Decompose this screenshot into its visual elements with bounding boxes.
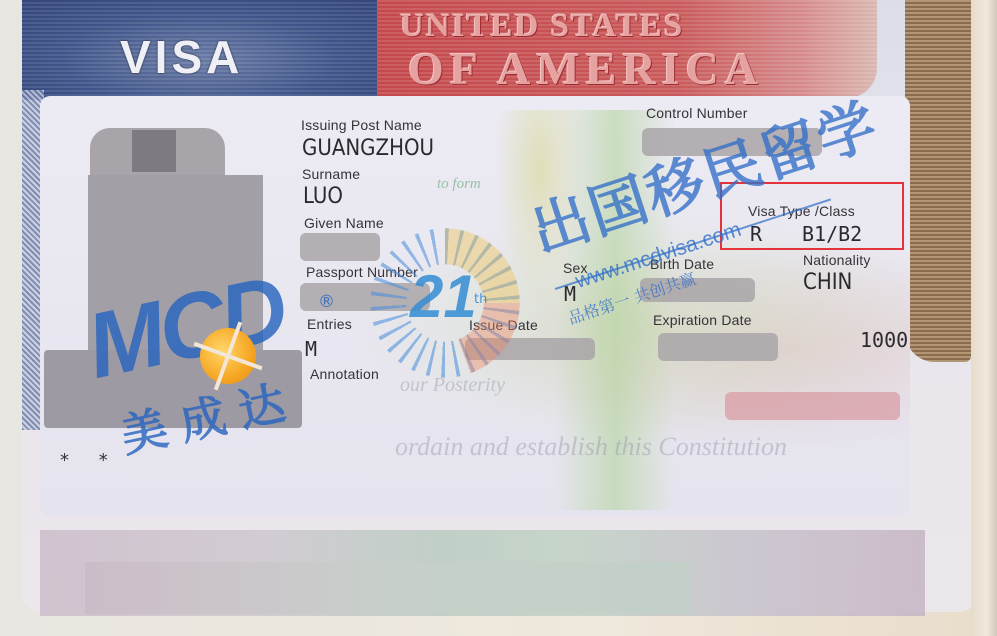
annotation-label: Annotation: [310, 366, 379, 382]
anniversary-badge-suffix: th: [474, 292, 487, 307]
usa-title-line1: UNITED STATES: [400, 8, 684, 45]
expiration-date-redacted: [658, 333, 778, 361]
annotation-stars: * *: [60, 450, 120, 471]
security-strip: [905, 0, 971, 362]
entries-value: M: [305, 337, 317, 361]
anniversary-badge-number: 21: [410, 262, 477, 331]
mrz-line2-redacted: [85, 562, 690, 614]
issuing-post-label: Issuing Post Name: [301, 117, 422, 133]
surname-value: LUO: [303, 184, 343, 209]
passport-page-edge: [971, 0, 997, 636]
visa-title: VISA: [120, 30, 243, 84]
nationality-label: Nationality: [803, 252, 871, 268]
issuing-post-value: GUANGZHOU: [302, 136, 434, 161]
registered-mark: ®: [318, 292, 335, 312]
fee-code-value: 1000: [860, 328, 908, 352]
security-text-constitution: ordain and establish this Constitution: [395, 432, 787, 462]
usa-title-line2: OF AMERICA: [408, 42, 764, 95]
security-text-to-form: to form: [437, 176, 481, 193]
entries-label: Entries: [307, 316, 352, 332]
annotation-redacted: [725, 392, 900, 420]
given-name-redacted: [300, 233, 380, 261]
given-name-label: Given Name: [304, 215, 384, 231]
expiration-date-label: Expiration Date: [653, 312, 752, 328]
surname-label: Surname: [302, 166, 360, 182]
nationality-value: CHIN: [803, 270, 852, 295]
